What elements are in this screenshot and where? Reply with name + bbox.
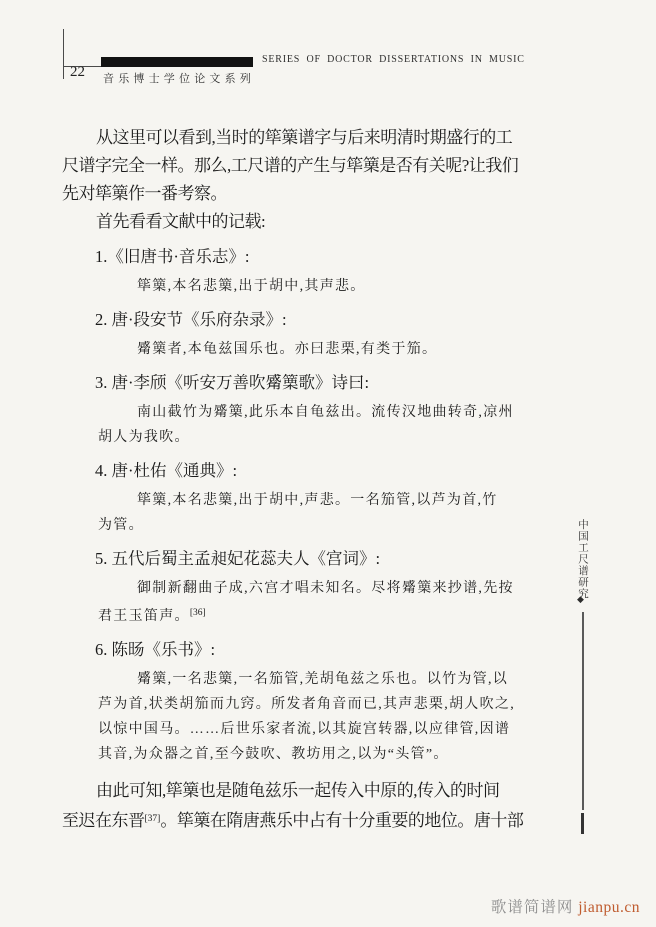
sidebar-rule	[582, 612, 584, 810]
page-number: 22	[70, 64, 85, 81]
text-line: 以惊中国马。……后世乐家者流,以其旋宫转器,以应律管,因谱	[98, 717, 548, 742]
series-title-cn: 音乐博士学位论文系列	[103, 70, 255, 86]
closing-paragraph: 由此可知,筚篥也是随龟兹乐一起传入中原的,传入的时间 至迟在东晋[37]。筚篥在…	[62, 777, 548, 835]
citation-label: 6. 陈旸《乐书》:	[62, 637, 548, 663]
citation-quote: 御制新翻曲子成,六宫才唱未知名。尽将觱篥来抄谱,先按 君王玉笛声。[36]	[98, 576, 548, 629]
sidebar-title-vertical: 中国工尺谱研究	[575, 519, 590, 600]
text-line: 从这里可以看到,当时的筚篥谱字与后来明清时期盛行的工	[62, 124, 548, 152]
citation-quote: 南山截竹为觱篥,此乐本自龟兹出。流传汉地曲转奇,凉州 胡人为我吹。	[98, 400, 548, 450]
text-line: 其音,为众器之首,至今鼓吹、教坊用之,以为“头管”。	[98, 742, 548, 767]
header-bar	[101, 57, 253, 67]
text-line: 为管。	[98, 513, 548, 538]
citation-label: 3. 唐·李颀《听安万善吹觱篥歌》诗曰:	[62, 370, 548, 396]
citation-label: 4. 唐·杜佑《通典》:	[62, 458, 548, 484]
text-line: 先对筚篥作一番考察。	[62, 180, 548, 208]
body-text: 从这里可以看到,当时的筚篥谱字与后来明清时期盛行的工 尺谱字完全一样。那么,工尺…	[62, 124, 548, 835]
text-line: 尺谱字完全一样。那么,工尺谱的产生与筚篥是否有关呢?让我们	[62, 152, 548, 180]
text-line: 筚篥,本名悲篥,出于胡中,声悲。一名笳管,以芦为首,竹	[98, 488, 548, 513]
citation-item: 5. 五代后蜀主孟昶妃花蕊夫人《宫词》: 御制新翻曲子成,六宫才唱未知名。尽将觱…	[62, 546, 548, 629]
citation-label: 5. 五代后蜀主孟昶妃花蕊夫人《宫词》:	[62, 546, 548, 572]
text-line: 首先看看文献中的记载:	[62, 208, 548, 236]
text-line: 觱篥,一名悲篥,一名笳管,羌胡龟兹之乐也。以竹为管,以	[98, 667, 548, 692]
text-line: 南山截竹为觱篥,此乐本自龟兹出。流传汉地曲转奇,凉州	[98, 400, 548, 425]
watermark: 歌谱简谱网 jianpu.cn	[491, 895, 640, 917]
diamond-icon: ◆	[577, 594, 584, 605]
lead-in-paragraph: 首先看看文献中的记载:	[62, 208, 548, 236]
text-line: 芦为首,状类胡笳而九窍。所发者角音而已,其声悲栗,胡人吹之,	[98, 692, 548, 717]
citation-item: 3. 唐·李颀《听安万善吹觱篥歌》诗曰: 南山截竹为觱篥,此乐本自龟兹出。流传汉…	[62, 370, 548, 450]
citation-quote: 觱篥,一名悲篥,一名笳管,羌胡龟兹之乐也。以竹为管,以 芦为首,状类胡笳而九窍。…	[98, 667, 548, 767]
book-page: SERIES OF DOCTOR DISSERTATIONS IN MUSIC …	[0, 0, 656, 927]
citation-label: 2. 唐·段安节《乐府杂录》:	[62, 307, 548, 333]
header-left-tick	[63, 29, 64, 79]
text-line: 君王玉笛声。	[98, 609, 190, 624]
citation-item: 1.《旧唐书·音乐志》: 筚篥,本名悲篥,出于胡中,其声悲。	[62, 244, 548, 299]
text-line: 筚篥,本名悲篥,出于胡中,其声悲。	[98, 274, 548, 299]
text-line: 御制新翻曲子成,六宫才唱未知名。尽将觱篥来抄谱,先按	[98, 576, 548, 601]
text-line: 胡人为我吹。	[98, 425, 548, 450]
citation-quote: 筚篥,本名悲篥,出于胡中,其声悲。	[98, 274, 548, 299]
text-segment: 。筚篥在隋唐燕乐中占有十分重要的地位。唐十部	[160, 811, 523, 830]
text-line: 觱篥者,本龟兹国乐也。亦曰悲栗,有类于笳。	[98, 337, 548, 362]
citation-item: 4. 唐·杜佑《通典》: 筚篥,本名悲篥,出于胡中,声悲。一名笳管,以芦为首,竹…	[62, 458, 548, 538]
sidebar-rule-end	[581, 813, 584, 834]
citation-label: 1.《旧唐书·音乐志》:	[62, 244, 548, 270]
citation-item: 2. 唐·段安节《乐府杂录》: 觱篥者,本龟兹国乐也。亦曰悲栗,有类于笳。	[62, 307, 548, 362]
text-line: 至迟在东晋[37]。筚篥在隋唐燕乐中占有十分重要的地位。唐十部	[62, 805, 548, 835]
series-title-en: SERIES OF DOCTOR DISSERTATIONS IN MUSIC	[262, 54, 525, 65]
citation-quote: 筚篥,本名悲篥,出于胡中,声悲。一名笳管,以芦为首,竹 为管。	[98, 488, 548, 538]
watermark-site-url: jianpu.cn	[578, 899, 640, 916]
citation-item: 6. 陈旸《乐书》: 觱篥,一名悲篥,一名笳管,羌胡龟兹之乐也。以竹为管,以 芦…	[62, 637, 548, 767]
text-segment: 至迟在东晋	[62, 811, 145, 830]
intro-paragraph: 从这里可以看到,当时的筚篥谱字与后来明清时期盛行的工 尺谱字完全一样。那么,工尺…	[62, 124, 548, 208]
text-line: 君王玉笛声。[36]	[98, 601, 548, 629]
footnote-ref: [37]	[145, 814, 161, 824]
citation-quote: 觱篥者,本龟兹国乐也。亦曰悲栗,有类于笳。	[98, 337, 548, 362]
watermark-site-name: 歌谱简谱网	[491, 899, 578, 916]
text-line: 由此可知,筚篥也是随龟兹乐一起传入中原的,传入的时间	[62, 777, 548, 805]
footnote-ref: [36]	[190, 608, 206, 618]
